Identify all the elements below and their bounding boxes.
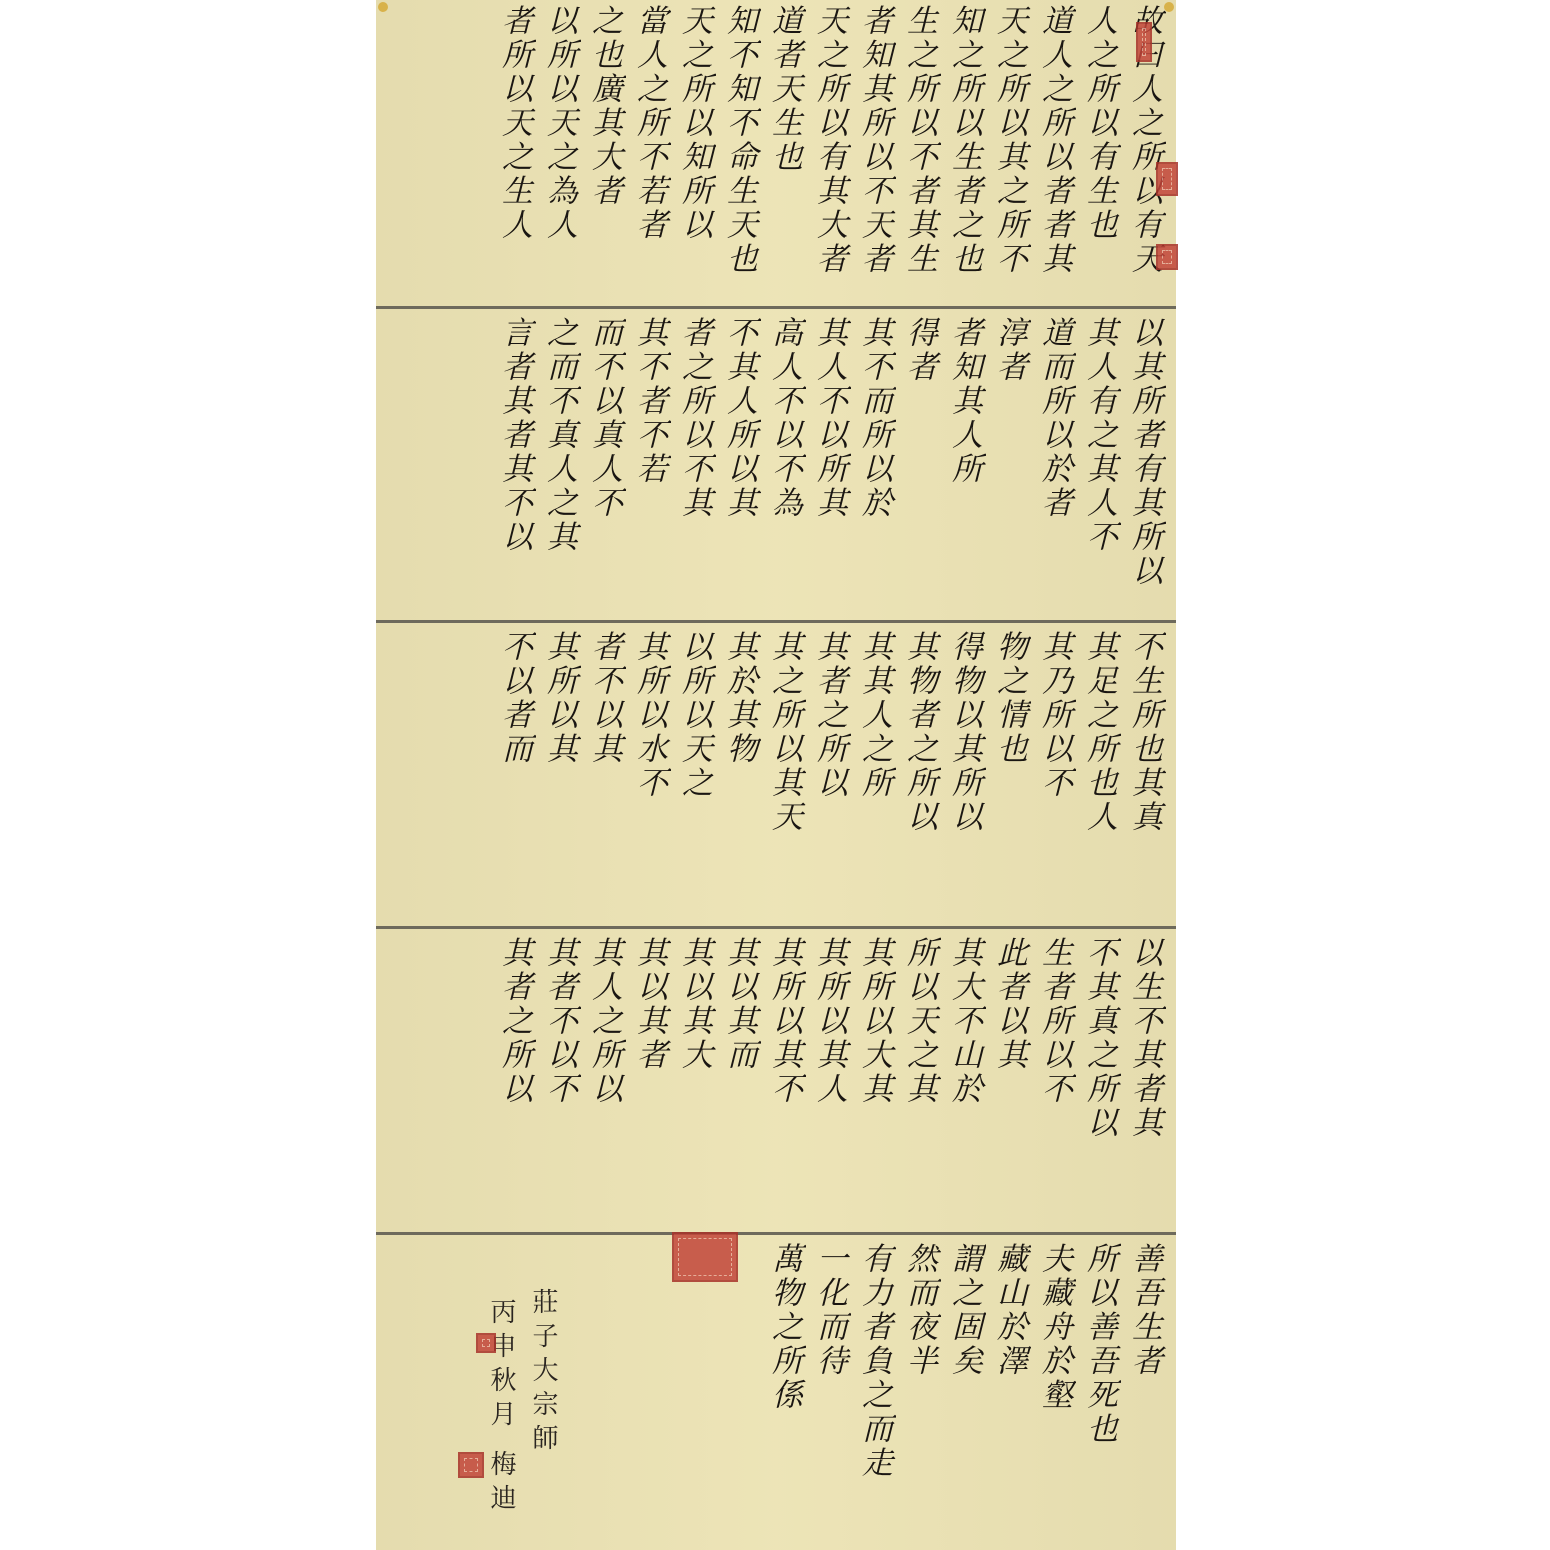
text-column: 其於其物	[716, 630, 761, 920]
text-columns: 善吾生者 所以善吾死也 夫藏舟於壑 藏山於澤 謂之固矣 然而夜半 有力者負之而走…	[756, 1242, 1166, 1546]
panel-4: 以生不其者其 不其真之所以 生者所以不 此者以其 其大不山於 所以天之其 其所以…	[376, 932, 1176, 1230]
text-column: 其人有之其人不	[1076, 316, 1121, 614]
text-column: 之也廣其大者	[581, 4, 626, 304]
text-columns: 以其所者有其所以 其人有之其人不 道而所以於者 淳者 者知其人所 得者 其不而所…	[491, 316, 1166, 614]
text-column: 高人不以不為	[761, 316, 806, 614]
seal-large-square	[672, 1232, 738, 1282]
text-column: 言者其者其不以	[491, 316, 536, 614]
text-column: 當人之所不若者	[626, 4, 671, 304]
inscription-title: 莊子大宗師	[526, 1288, 560, 1458]
text-column: 道而所以於者	[1031, 316, 1076, 614]
panel-3: 不生所也其真 其足之所也人 其乃所以不 物之情也 得物以其所以 其物者之所以 其…	[376, 626, 1176, 924]
text-column: 其所以其不	[761, 936, 806, 1226]
text-column: 不其人所以其	[716, 316, 761, 614]
seal-right-edge-1	[1156, 162, 1178, 196]
text-column: 以所以天之	[671, 630, 716, 920]
text-column: 生之所以不者其生	[896, 4, 941, 304]
panel-2: 以其所者有其所以 其人有之其人不 道而所以於者 淳者 者知其人所 得者 其不而所…	[376, 312, 1176, 618]
text-column: 天之所以有其大者	[806, 4, 851, 304]
text-column: 人之所以有生也	[1076, 4, 1121, 304]
text-column: 道者天生也	[761, 4, 806, 304]
text-column: 以所以天之為人	[536, 4, 581, 304]
calligraphy-scroll: 故曰人之所以有天 人之所以有生也 道人之所以者者其 天之所以其之所不 知之所以生…	[376, 0, 1176, 1550]
seal-inscription-name	[458, 1452, 484, 1478]
text-column: 謂之固矣	[941, 1242, 986, 1546]
text-column: 之而不真人之其	[536, 316, 581, 614]
panel-divider	[376, 306, 1176, 309]
text-column: 不生所也其真	[1121, 630, 1166, 920]
text-column: 者之所以不其	[671, 316, 716, 614]
text-column: 其人之所以	[581, 936, 626, 1226]
text-column: 其以其大	[671, 936, 716, 1226]
text-column: 其所以其	[536, 630, 581, 920]
text-column: 其不而所以於	[851, 316, 896, 614]
text-column: 知不知不命生天也	[716, 4, 761, 304]
seal-right-edge-2	[1156, 244, 1178, 270]
text-columns: 以生不其者其 不其真之所以 生者所以不 此者以其 其大不山於 所以天之其 其所以…	[491, 936, 1166, 1226]
text-column: 天之所以其之所不	[986, 4, 1031, 304]
text-columns: 不生所也其真 其足之所也人 其乃所以不 物之情也 得物以其所以 其物者之所以 其…	[491, 630, 1166, 920]
text-column: 所以天之其	[896, 936, 941, 1226]
text-column: 有力者負之而走	[851, 1242, 896, 1546]
text-column: 以生不其者其	[1121, 936, 1166, 1226]
text-column: 夫藏舟於壑	[1031, 1242, 1076, 1546]
text-column: 一化而待	[806, 1242, 851, 1546]
text-columns: 故曰人之所以有天 人之所以有生也 道人之所以者者其 天之所以其之所不 知之所以生…	[491, 4, 1166, 304]
text-column: 其乃所以不	[1031, 630, 1076, 920]
text-column: 知之所以生者之也	[941, 4, 986, 304]
text-column: 生者所以不	[1031, 936, 1076, 1226]
seal-inscription-small	[476, 1333, 496, 1353]
text-column: 者知其所以不天者	[851, 4, 896, 304]
panel-5: 善吾生者 所以善吾死也 夫藏舟於壑 藏山於澤 謂之固矣 然而夜半 有力者負之而走…	[376, 1238, 1176, 1550]
text-column: 其以其者	[626, 936, 671, 1226]
text-column: 而不以真人不	[581, 316, 626, 614]
text-column: 所以善吾死也	[1076, 1242, 1121, 1546]
panel-1: 故曰人之所以有天 人之所以有生也 道人之所以者者其 天之所以其之所不 知之所以生…	[376, 0, 1176, 308]
text-column: 不以者而	[491, 630, 536, 920]
text-column: 其所以其人	[806, 936, 851, 1226]
text-column: 者不以其	[581, 630, 626, 920]
panel-divider	[376, 620, 1176, 623]
text-column: 其不者不若	[626, 316, 671, 614]
text-column: 其之所以其天	[761, 630, 806, 920]
text-column: 其物者之所以	[896, 630, 941, 920]
inscription-signature: 丙申秋月 梅迪	[484, 1298, 518, 1518]
panel-divider	[376, 926, 1176, 929]
text-column: 其人不以所其	[806, 316, 851, 614]
text-column: 道人之所以者者其	[1031, 4, 1076, 304]
panel-divider	[376, 1232, 1176, 1235]
text-column: 其者之所以	[491, 936, 536, 1226]
text-column: 善吾生者	[1121, 1242, 1166, 1546]
text-column: 其所以大其	[851, 936, 896, 1226]
text-column: 得者	[896, 316, 941, 614]
text-column: 其大不山於	[941, 936, 986, 1226]
text-column: 者知其人所	[941, 316, 986, 614]
text-column: 其其人之所	[851, 630, 896, 920]
text-column: 不其真之所以	[1076, 936, 1121, 1226]
text-column: 者所以天之生人	[491, 4, 536, 304]
seal-top-right	[1136, 22, 1152, 62]
text-column: 然而夜半	[896, 1242, 941, 1546]
text-column: 藏山於澤	[986, 1242, 1031, 1546]
text-column: 物之情也	[986, 630, 1031, 920]
text-column: 得物以其所以	[941, 630, 986, 920]
text-column: 其者不以不	[536, 936, 581, 1226]
text-column: 天之所以知所以	[671, 4, 716, 304]
text-column: 此者以其	[986, 936, 1031, 1226]
text-column: 其所以水不	[626, 630, 671, 920]
text-column: 其者之所以	[806, 630, 851, 920]
text-column: 其以其而	[716, 936, 761, 1226]
text-column: 其足之所也人	[1076, 630, 1121, 920]
text-column: 淳者	[986, 316, 1031, 614]
text-column: 萬物之所係	[761, 1242, 806, 1546]
text-column: 以其所者有其所以	[1121, 316, 1166, 614]
